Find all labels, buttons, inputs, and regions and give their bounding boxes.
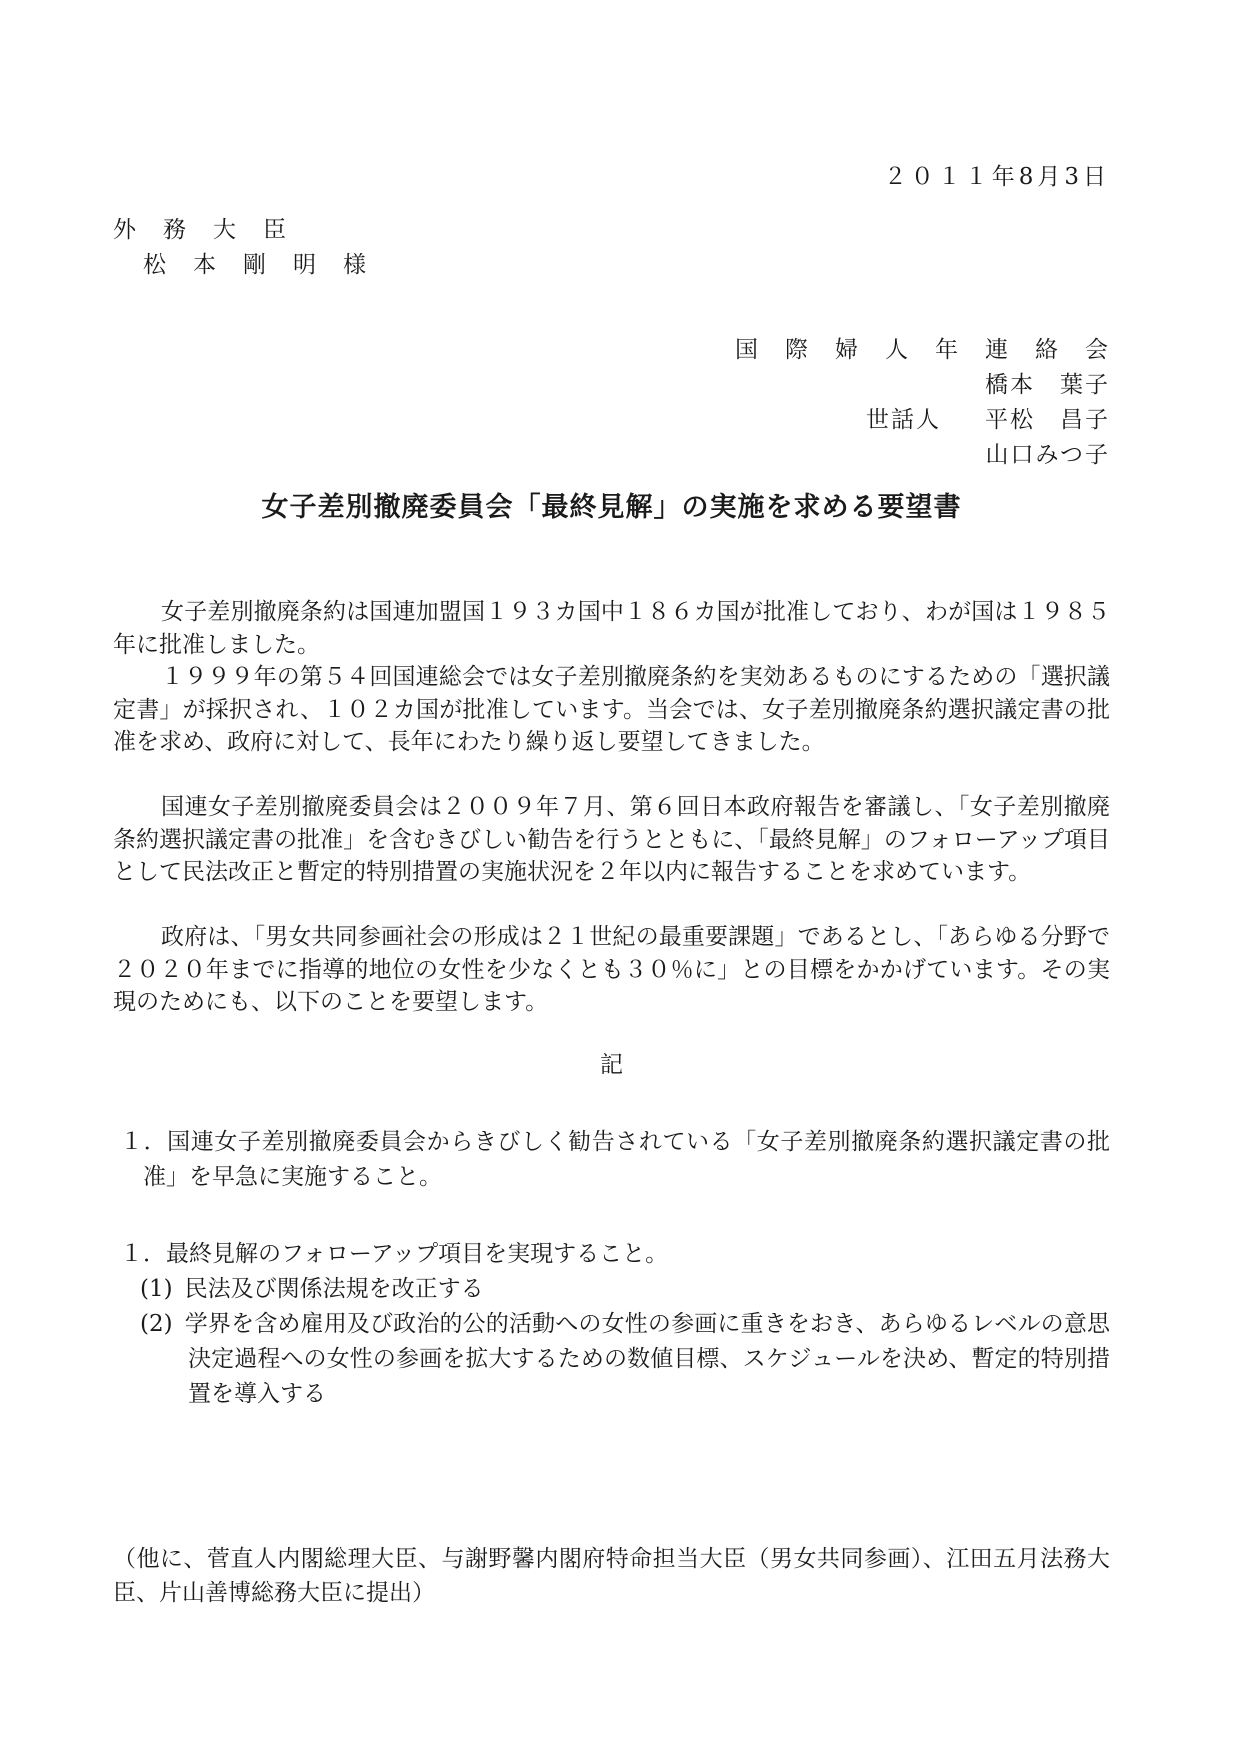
body-text: 女子差別撤廃条約は国連加盟国１９３カ国中１８６カ国が批准しており、わが国は１９８… (113, 596, 1110, 1019)
sender-member-2-line: 世話人平松 昌子 (113, 403, 1110, 438)
request-items: １．国連女子差別撤廃委員会からきびしく勧告されている「女子差別撤廃条約選択議定書… (113, 1125, 1110, 1412)
recipient-name: 松 本 剛 明 様 (113, 248, 1110, 283)
sender-role: 世話人 (866, 407, 941, 433)
request-subitem-1: (1)民法及び関係法規を改正する (113, 1272, 1110, 1307)
sender-member-2: 平松 昌子 (985, 407, 1110, 433)
sender-member-1: 橋本 葉子 (113, 368, 1110, 403)
recipient-block: 外 務 大 臣 松 本 剛 明 様 (113, 213, 1110, 283)
record-marker: 記 (113, 1049, 1110, 1082)
item-1-number: １． (120, 1129, 167, 1155)
subitem-2-number: (2) (140, 1311, 173, 1337)
subitem-1-text: 民法及び関係法規を改正する (185, 1276, 484, 1302)
body-paragraph-1: 女子差別撤廃条約は国連加盟国１９３カ国中１８６カ国が批准しており、わが国は１９８… (113, 596, 1110, 661)
document-page: ２０１１年8月3日 外 務 大 臣 松 本 剛 明 様 国 際 婦 人 年 連 … (0, 0, 1240, 1754)
request-item-2: １．最終見解のフォローアップ項目を実現すること。 (113, 1237, 1110, 1272)
sender-member-3: 山口みつ子 (113, 438, 1110, 473)
subitem-2-text: 学界を含め雇用及び政治的公的活動への女性の参画に重きをおき、あらゆるレベルの意思… (185, 1311, 1110, 1407)
footnote: （他に、菅直人内閣総理大臣、与謝野馨内閣府特命担当大臣（男女共同参画）、江田五月… (113, 1542, 1110, 1610)
date-line: ２０１１年8月3日 (113, 162, 1110, 192)
subitem-1-number: (1) (140, 1276, 173, 1302)
item-1-text: 国連女子差別撤廃委員会からきびしく勧告されている「女子差別撤廃条約選択議定書の批… (143, 1129, 1110, 1190)
request-subitem-2: (2)学界を含め雇用及び政治的公的活動への女性の参画に重きをおき、あらゆるレベル… (113, 1307, 1110, 1412)
body-paragraph-2: １９９９年の第５４回国連総会では女子差別撤廃条約を実効あるものにするための「選択… (113, 661, 1110, 759)
recipient-title: 外 務 大 臣 (113, 213, 1110, 248)
item-2-number: １． (120, 1241, 166, 1267)
body-paragraph-4: 政府は、「男女共同参画社会の形成は２１世紀の最重要課題」であるとし、「あらゆる分… (113, 921, 1110, 1019)
sender-organization: 国 際 婦 人 年 連 絡 会 (113, 333, 1110, 368)
request-item-1: １．国連女子差別撤廃委員会からきびしく勧告されている「女子差別撤廃条約選択議定書… (113, 1125, 1110, 1195)
item-2-text: 最終見解のフォローアップ項目を実現すること。 (166, 1241, 668, 1267)
body-paragraph-3: 国連女子差別撤廃委員会は２００９年７月、第６回日本政府報告を審議し、「女子差別撤… (113, 791, 1110, 889)
sender-block: 国 際 婦 人 年 連 絡 会 橋本 葉子 世話人平松 昌子 山口みつ子 (113, 333, 1110, 473)
document-title: 女子差別撤廃委員会「最終見解」の実施を求める要望書 (113, 488, 1110, 528)
